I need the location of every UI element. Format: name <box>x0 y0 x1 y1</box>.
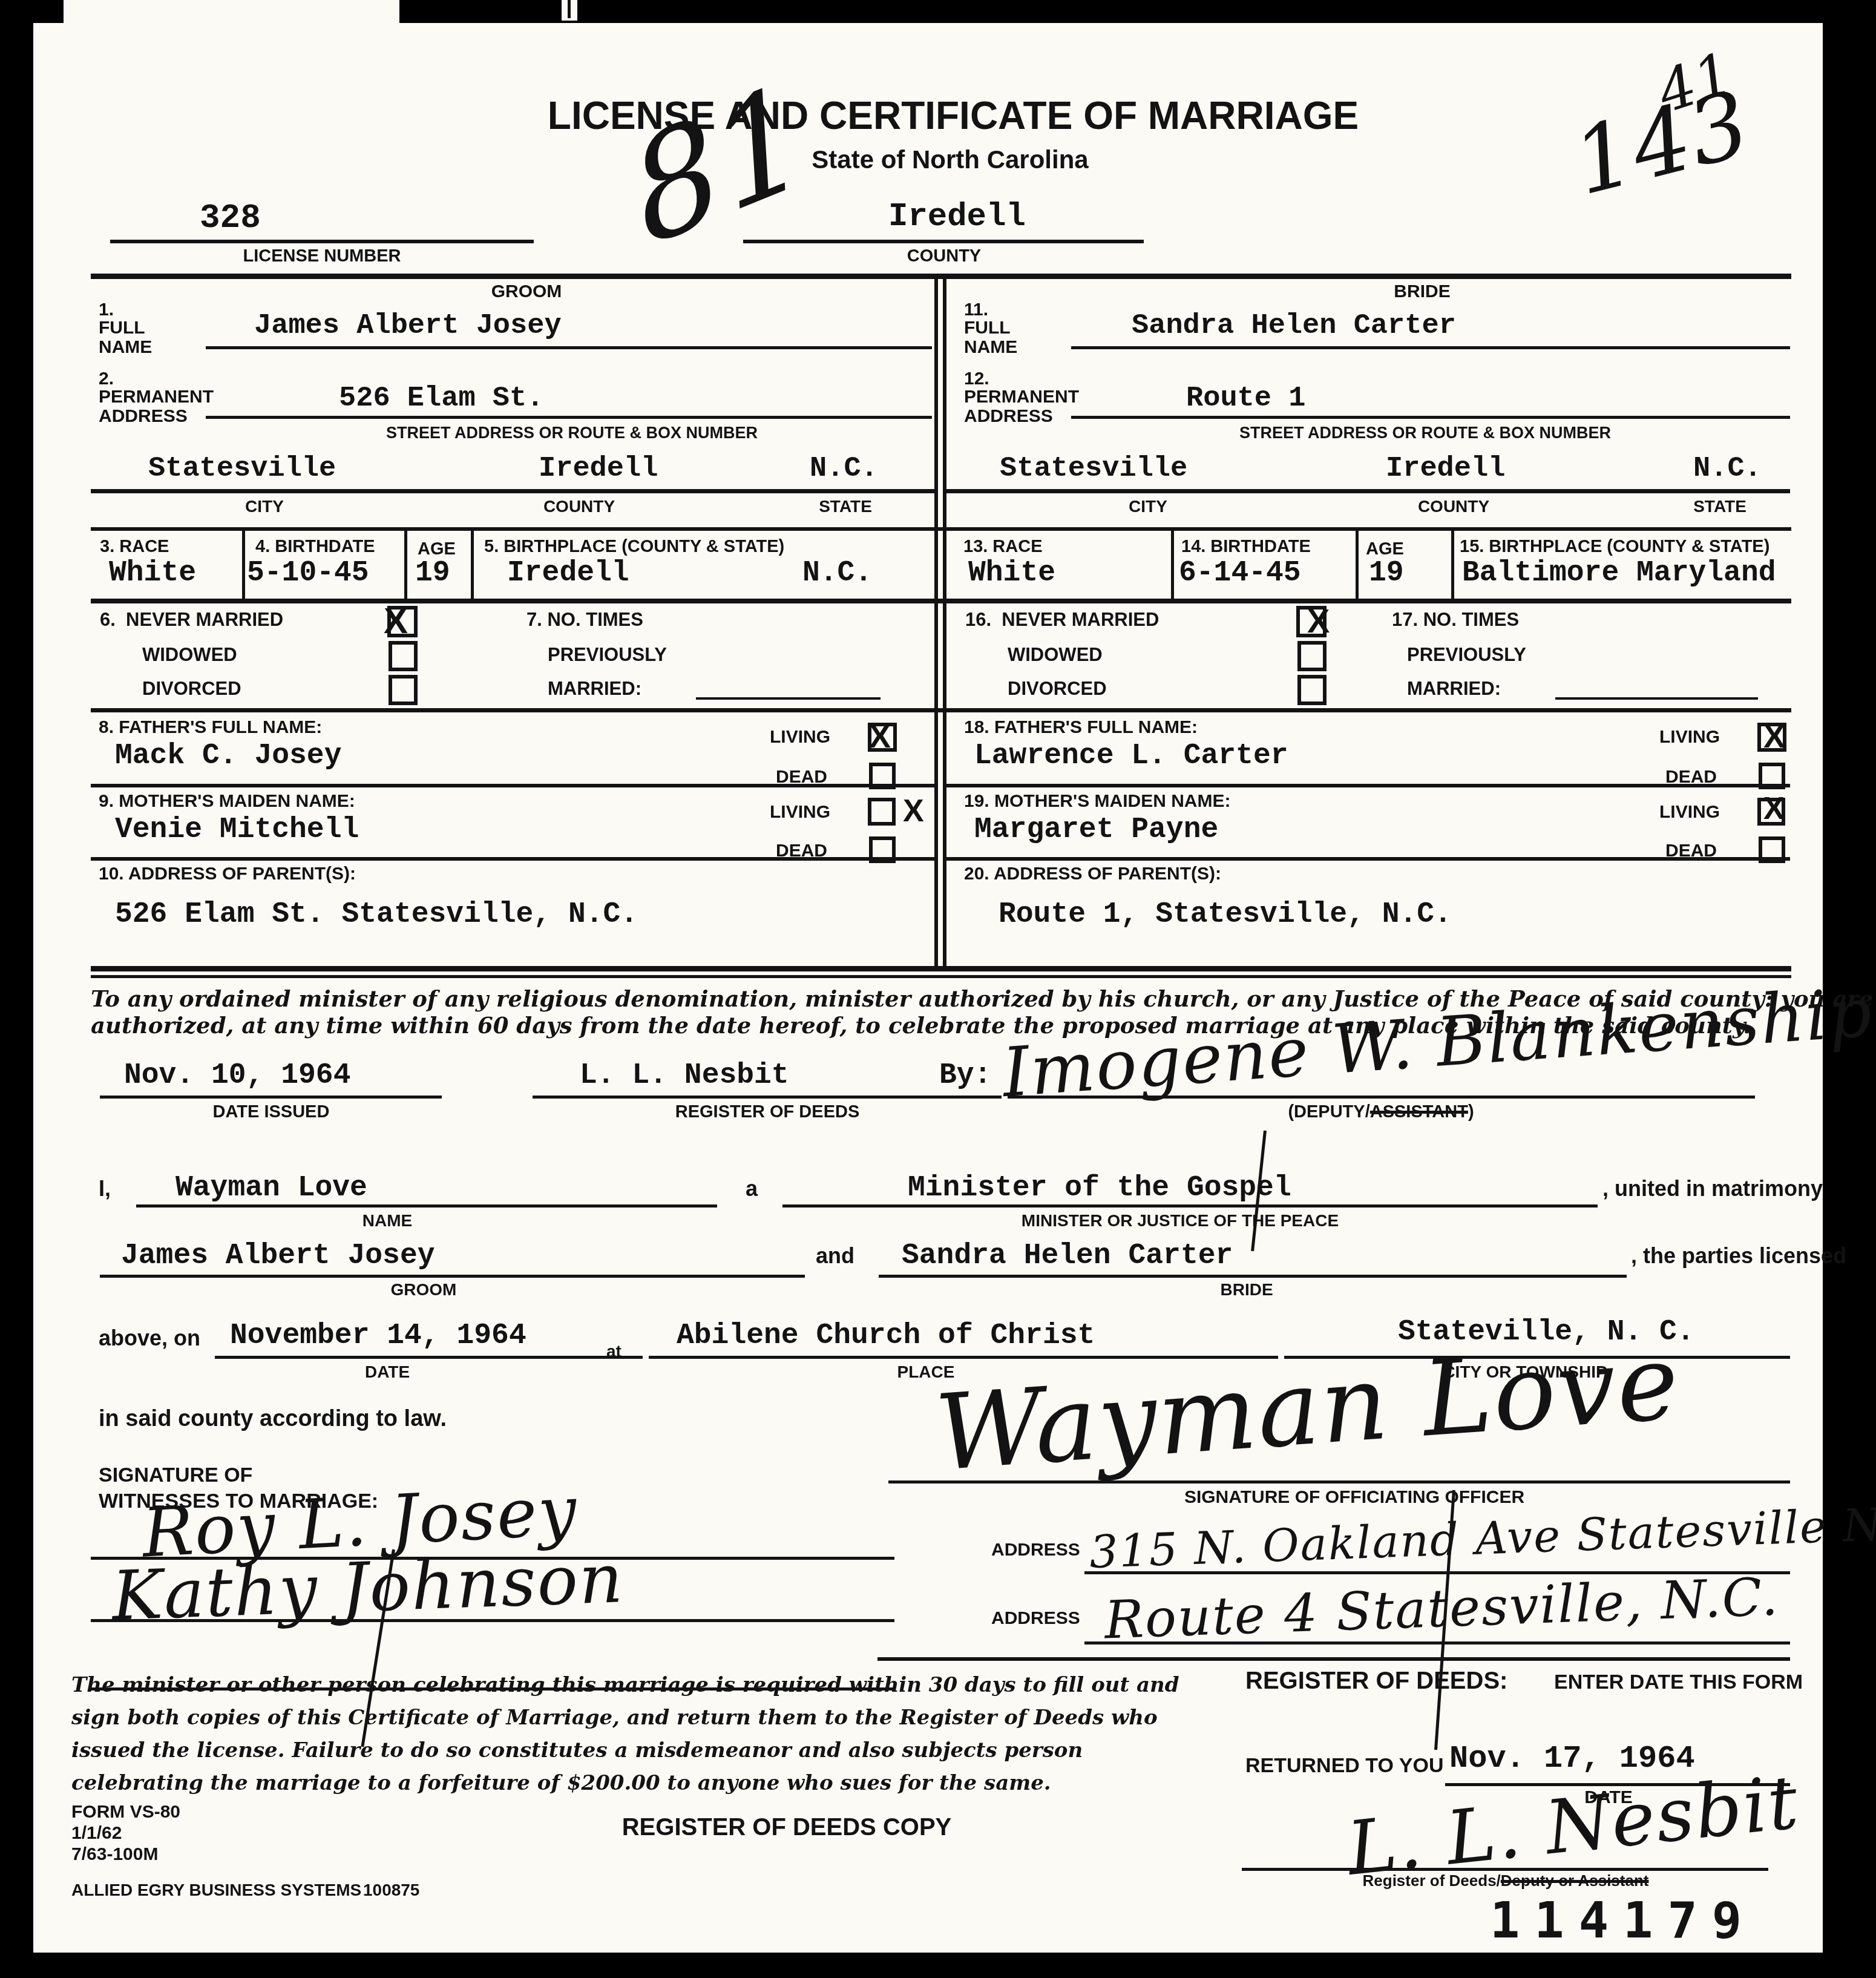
groom-state-value: N.C. <box>810 453 878 485</box>
bride-father-value: Lawrence L. Carter <box>974 740 1288 772</box>
bride-city-label: CITY <box>1129 498 1167 515</box>
groom-married-line <box>696 697 881 700</box>
groom-county-value: Iredell <box>539 453 658 485</box>
county-value: Iredell <box>888 199 1026 235</box>
groom-name-line <box>206 346 932 349</box>
parties-label: , the parties licensed <box>1631 1244 1846 1267</box>
i-label: I, <box>99 1177 111 1200</box>
bride-age-value: 19 <box>1369 557 1404 590</box>
authorization-top-rule-2 <box>91 975 1791 978</box>
register-return-heading: REGISTER OF DEEDS: <box>1245 1668 1507 1694</box>
bride-race-divider1 <box>1171 531 1174 600</box>
officiant-address2-label: ADDRESS <box>991 1609 1080 1628</box>
groom-father-living-label: LIVING <box>770 728 830 747</box>
license-number-value: 328 <box>200 199 261 237</box>
bride-address-number: 12. <box>964 369 989 389</box>
deputy-line <box>1008 1096 1755 1099</box>
a-label: a <box>746 1177 758 1200</box>
groom-city-row-line <box>91 489 934 493</box>
bride-mother-living-label: LIVING <box>1659 803 1720 822</box>
united-label: , united in matrimony <box>1602 1177 1823 1200</box>
groom-never-married-mark: X <box>384 603 408 639</box>
race-row-top-line <box>91 527 1791 531</box>
bride-state-label: STATE <box>1693 498 1746 515</box>
groom-address-number: 2. <box>99 369 114 389</box>
groom-city-label: CITY <box>245 498 284 515</box>
scanned-document: LICENSE AND CERTIFICATE OF MARRIAGE Stat… <box>0 0 1876 1978</box>
bride-column-header: BRIDE <box>1394 282 1450 301</box>
bride-parents-address-value: Route 1, Statesville, N.C. <box>999 898 1452 931</box>
groom-address-value: 526 Elam St. <box>339 383 543 415</box>
register-return-note: ENTER DATE THIS FORM <box>1554 1672 1803 1694</box>
bride-race-value: White <box>968 557 1055 590</box>
above-on-label: above, on <box>99 1327 200 1350</box>
mother-row-bottom-line-left <box>91 857 934 861</box>
scan-artifact-tick <box>568 0 571 18</box>
marriage-date-value: November 14, 1964 <box>230 1319 526 1352</box>
marriage-date-line <box>215 1356 643 1359</box>
column-divider-left <box>934 274 938 970</box>
bride-birthplace-label: 15. BIRTHPLACE (COUNTY & STATE) <box>1460 537 1769 556</box>
rule-grid-top <box>91 274 1791 279</box>
copy-designation-label: REGISTER OF DEEDS COPY <box>622 1815 952 1840</box>
bride-county-label: COUNTY <box>1418 498 1489 515</box>
groom-mother-label: 9. MOTHER'S MAIDEN NAME: <box>99 792 355 811</box>
license-number-line <box>110 240 534 243</box>
form-revision1: 1/1/62 <box>71 1824 122 1843</box>
deputy-label: (DEPUTY/ASSISTANT) <box>1288 1103 1474 1121</box>
authorization-top-rule-1 <box>91 966 1791 971</box>
groom-column-header: GROOM <box>491 282 562 301</box>
solemnization-bride-line <box>879 1275 1627 1278</box>
groom-name-value: James Albert Josey <box>254 310 562 342</box>
bride-county-value: Iredell <box>1386 453 1505 485</box>
register-return-signature-label: Register of Deeds/Deputy or Assistant <box>1363 1873 1649 1889</box>
register-signature-label-struck: Deputy or Assistant <box>1501 1871 1649 1890</box>
bride-race-divider2 <box>1356 531 1359 600</box>
form-revision2: 7/63-100M <box>71 1845 158 1864</box>
groom-parents-address-value: 526 Elam St. Statesville, N.C. <box>115 898 638 931</box>
bride-city-row-line <box>946 489 1790 493</box>
officiant-name-value: Wayman Love <box>175 1172 367 1204</box>
bride-name-number: 11. <box>964 300 988 320</box>
minister-notice-line2: sign both copies of this Certificate of … <box>71 1706 1158 1730</box>
bride-father-label: 18. FATHER'S FULL NAME: <box>964 718 1198 737</box>
bride-race-label: 13. RACE <box>963 537 1043 556</box>
and-label: and <box>816 1244 854 1267</box>
marriage-place-value: Abilene Church of Christ <box>677 1319 1095 1352</box>
bride-mother-value: Margaret Payne <box>974 813 1218 846</box>
printer-number: 100875 <box>363 1881 419 1899</box>
bride-father-living-label: LIVING <box>1659 728 1720 747</box>
bride-divorced-checkbox <box>1297 675 1327 705</box>
bride-widowed-checkbox <box>1297 641 1327 671</box>
bride-widowed-label: WIDOWED <box>1008 645 1103 665</box>
mother-row-bottom-line-right <box>946 857 1790 861</box>
officiant-address1-label: ADDRESS <box>991 1540 1080 1560</box>
solemnization-bride-value: Sandra Helen Carter <box>902 1240 1233 1272</box>
officiant-signature-line <box>888 1480 1790 1483</box>
county-label: COUNTY <box>907 247 981 265</box>
groom-widowed-checkbox <box>389 641 418 671</box>
witness2-line <box>91 1619 894 1622</box>
groom-birthplace-state-value: N.C. <box>802 557 872 590</box>
bride-never-married-mark: X <box>1307 604 1330 638</box>
bride-age-label: AGE <box>1366 540 1404 558</box>
groom-race-divider1 <box>242 531 245 600</box>
solemnization-groom-sublabel: GROOM <box>391 1281 457 1298</box>
form-number: FORM VS-80 <box>71 1802 180 1822</box>
groom-times-label: 7. NO. TIMES <box>526 610 643 630</box>
groom-birthdate-value: 5-10-45 <box>247 557 369 590</box>
bride-race-divider3 <box>1451 531 1454 600</box>
bride-address-value: Route 1 <box>1186 383 1305 415</box>
serial-number-stamp: 114179 <box>1490 1892 1756 1950</box>
according-to-law-label: in said county according to law. <box>99 1407 447 1431</box>
groom-state-label: STATE <box>819 498 872 515</box>
groom-race-value: White <box>109 557 196 590</box>
officiant-title-line <box>782 1204 1598 1207</box>
bride-parents-label: 20. ADDRESS OF PARENT(S): <box>964 864 1221 884</box>
bride-address-label: PERMANENT ADDRESS <box>964 387 1091 425</box>
deputy-label-suffix: ) <box>1468 1102 1474 1122</box>
officiant-name-line <box>136 1204 717 1207</box>
groom-birthplace-county-value: Iredell <box>507 557 629 590</box>
groom-father-label: 8. FATHER'S FULL NAME: <box>99 718 322 737</box>
bride-divorced-label: DIVORCED <box>1008 679 1107 699</box>
bride-previously-label: PREVIOUSLY <box>1407 645 1526 665</box>
license-number-label: LICENSE NUMBER <box>243 247 401 265</box>
issue-date-value: Nov. 10, 1964 <box>124 1059 350 1092</box>
groom-previously-label: PREVIOUSLY <box>548 645 667 665</box>
minister-notice-line1: The minister or other person celebrating… <box>71 1673 1179 1697</box>
bride-name-value: Sandra Helen Carter <box>1132 310 1456 342</box>
deputy-label-struck: ASSISTANT <box>1370 1102 1468 1122</box>
marital-row-bottom-line <box>91 708 1791 712</box>
father-row-bottom-line-right <box>946 784 1790 787</box>
returned-date-value: Nov. 17, 1964 <box>1449 1741 1695 1776</box>
bride-mother-living-mark: X <box>1763 793 1785 824</box>
bride-address-line <box>1071 416 1790 419</box>
groom-race-divider2 <box>404 531 407 600</box>
solemnization-groom-line <box>100 1275 805 1278</box>
minister-notice-line3: issued the license. Failure to do so con… <box>71 1738 1083 1763</box>
groom-divorced-checkbox <box>389 675 418 705</box>
bride-state-value: N.C. <box>1693 453 1762 485</box>
bride-name-label: FULL NAME <box>964 318 1037 356</box>
witnesses-label-line1: SIGNATURE OF <box>99 1465 252 1487</box>
bride-city-value: Statesville <box>1000 453 1187 485</box>
groom-parents-label: 10. ADDRESS OF PARENT(S): <box>99 864 356 884</box>
issue-date-label: DATE ISSUED <box>213 1103 330 1121</box>
groom-mother-living-label: LIVING <box>770 803 830 822</box>
groom-address-label: PERMANENT ADDRESS <box>99 387 226 425</box>
officiant-title-sublabel: MINISTER OR JUSTICE OF THE PEACE <box>1022 1212 1339 1229</box>
bride-married-line <box>1555 697 1758 700</box>
father-row-bottom-line-left <box>91 784 934 787</box>
groom-age-label: AGE <box>418 540 456 558</box>
groom-divorced-label: DIVORCED <box>142 679 241 699</box>
groom-age-value: 19 <box>415 557 450 590</box>
bride-birthplace-value: Baltimore Maryland <box>1462 557 1776 590</box>
groom-county-label: COUNTY <box>543 498 615 515</box>
groom-married-label: MARRIED: <box>548 679 641 699</box>
solemnization-groom-value: James Albert Josey <box>121 1240 435 1272</box>
groom-father-living-mark: X <box>869 720 891 753</box>
groom-name-number: 1. <box>99 300 114 320</box>
bride-birthdate-value: 6-14-45 <box>1179 557 1301 590</box>
register-of-deeds-value: L. L. Nesbit <box>580 1059 789 1092</box>
bride-father-living-mark: X <box>1763 720 1785 753</box>
groom-widowed-label: WIDOWED <box>142 645 237 665</box>
bride-birthdate-label: 14. BIRTHDATE <box>1181 537 1311 556</box>
register-line <box>533 1096 1002 1099</box>
deputy-label-prefix: (DEPUTY/ <box>1288 1102 1369 1122</box>
groom-city-value: Statesville <box>148 453 336 485</box>
groom-mother-value: Venie Mitchell <box>115 813 359 846</box>
marriage-date-sublabel: DATE <box>365 1363 410 1381</box>
county-line <box>743 240 1144 243</box>
officiant-address2-line <box>1084 1641 1790 1644</box>
groom-father-value: Mack C. Josey <box>115 740 341 772</box>
register-label: REGISTER OF DEEDS <box>675 1103 860 1121</box>
groom-birthplace-label: 5. BIRTHPLACE (COUNTY & STATE) <box>484 537 784 556</box>
returned-to-you-label: RETURNED TO YOU <box>1245 1755 1443 1777</box>
solemnization-bride-sublabel: BRIDE <box>1220 1281 1273 1298</box>
bride-mother-label: 19. MOTHER'S MAIDEN NAME: <box>964 792 1231 811</box>
groom-mother-living-mark: X <box>903 795 924 827</box>
issue-date-line <box>100 1096 442 1099</box>
bride-never-married-label: 16. NEVER MARRIED <box>965 610 1159 630</box>
by-label: By: <box>939 1059 991 1092</box>
officiant-signature-label: SIGNATURE OF OFFICIATING OFFICER <box>1184 1488 1524 1507</box>
register-signature-label-prefix: Register of Deeds/ <box>1363 1871 1501 1890</box>
groom-mother-living-checkbox <box>868 798 896 826</box>
page-subtitle: State of North Carolina <box>812 146 1088 173</box>
register-return-signature-line <box>1242 1868 1768 1871</box>
groom-address-line <box>206 416 932 419</box>
bride-married-label: MARRIED: <box>1407 679 1501 699</box>
bride-name-line <box>1071 346 1790 349</box>
bride-times-label: 17. NO. TIMES <box>1392 610 1519 630</box>
groom-address-sublabel: STREET ADDRESS OR ROUTE & BOX NUMBER <box>386 424 758 441</box>
groom-race-divider3 <box>471 531 474 600</box>
minister-notice-line4: celebrating the marriage to a forfeiture… <box>71 1771 1051 1795</box>
groom-never-married-label: 6. NEVER MARRIED <box>100 610 283 630</box>
page-edge-notch <box>64 0 399 24</box>
groom-birthdate-label: 4. BIRTHDATE <box>255 537 375 556</box>
column-divider-right <box>943 274 946 970</box>
printer-name: ALLIED EGRY BUSINESS SYSTEMS <box>71 1881 361 1899</box>
officiant-title-value: Minister of the Gospel <box>908 1172 1291 1204</box>
bride-address-sublabel: STREET ADDRESS OR ROUTE & BOX NUMBER <box>1239 424 1611 441</box>
groom-race-label: 3. RACE <box>100 537 169 556</box>
groom-name-label: FULL NAME <box>99 318 171 356</box>
officiant-name-sublabel: NAME <box>362 1212 412 1229</box>
officiant-section-bottom-line <box>877 1657 1790 1661</box>
race-row-bottom-line <box>91 599 1791 603</box>
